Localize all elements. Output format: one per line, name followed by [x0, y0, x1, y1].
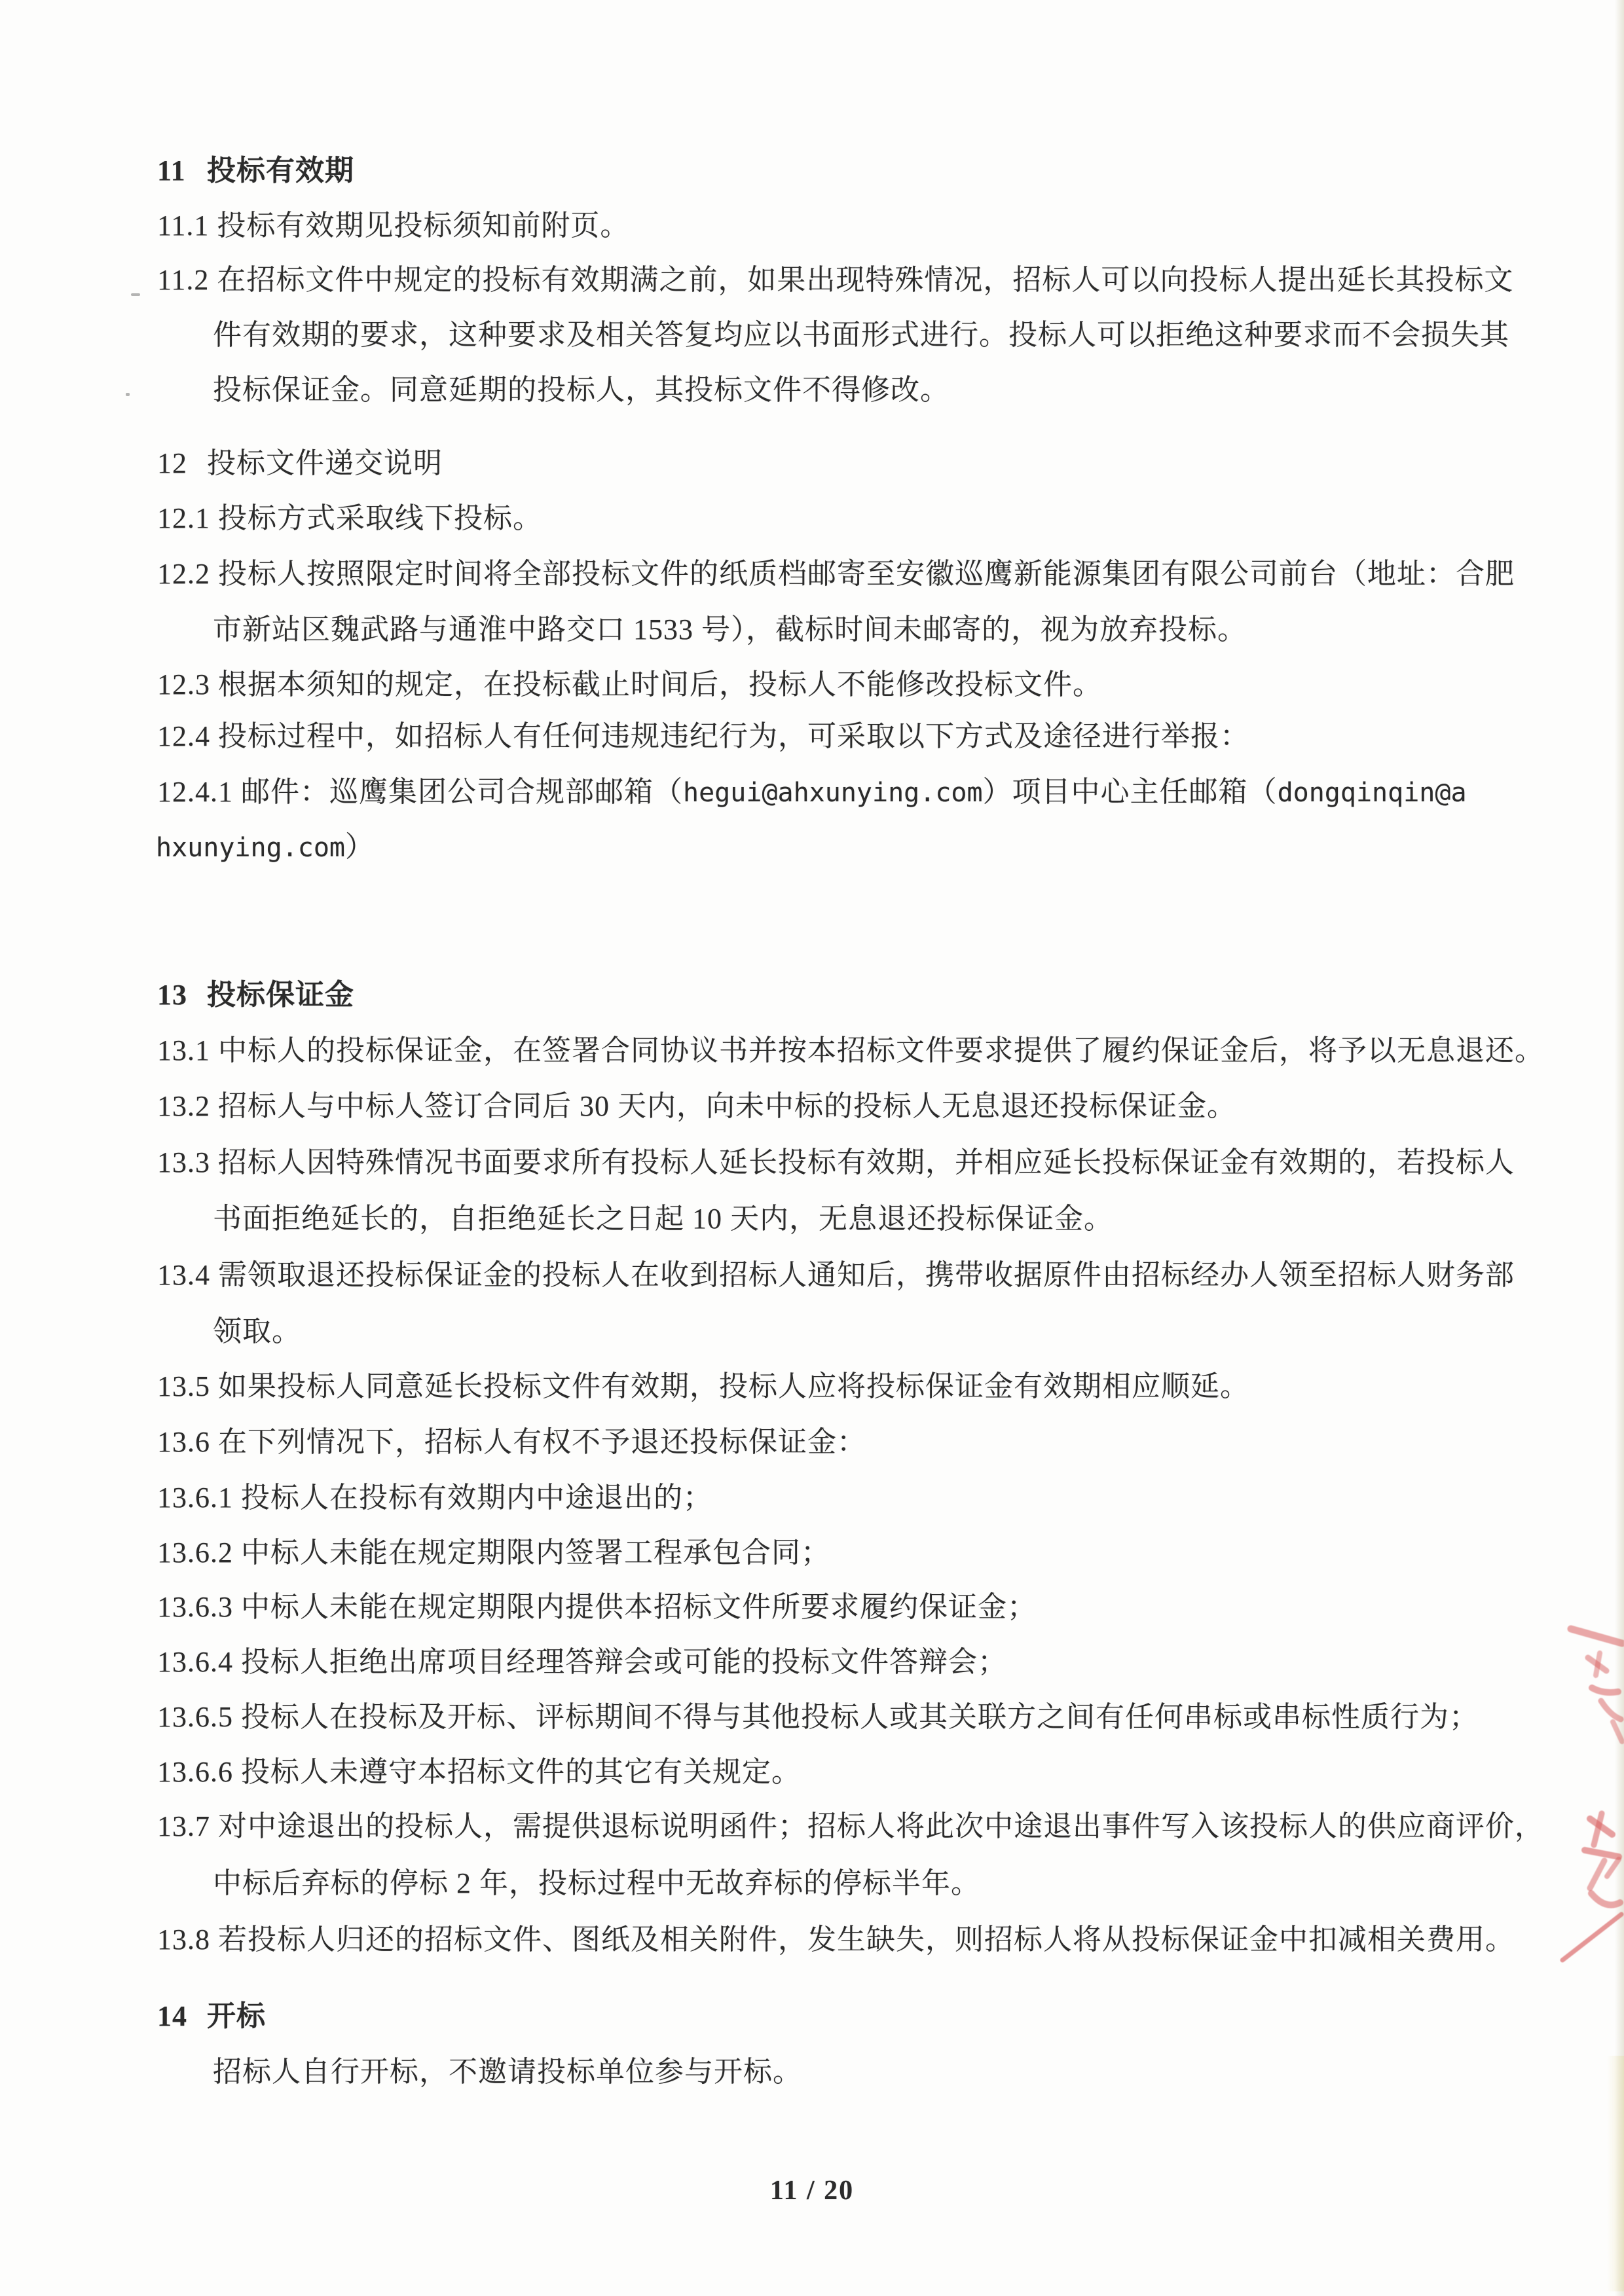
clause-11-2-cont-2: 投标保证金。同意延期的投标人，其投标文件不得修改。	[0, 364, 1539, 416]
scanned-document-page: 11投标有效期 11.1投标有效期见投标须知前附页。 11.2在招标文件中规定的…	[0, 0, 1624, 2296]
clause-12-2-cont: 市新站区魏武路与通淮中路交口 1533 号），截标时间未邮寄的，视为放弃投标。	[0, 604, 1539, 656]
heading-text: 投标有效期	[207, 155, 354, 187]
clause-number: 13.2	[157, 1080, 210, 1133]
clause-13-3-cont: 书面拒绝延长的，自拒绝延长之日起 10 天内，无息退还投标保证金。	[0, 1193, 1539, 1245]
clause-number: 12.4.1	[157, 766, 233, 818]
red-seal-fragment	[1559, 1808, 1624, 1972]
clause-text: 如果投标人同意延长投标文件有效期，投标人应将投标保证金有效期相应顺延。	[218, 1370, 1249, 1402]
clause-number: 13.6.6	[157, 1746, 233, 1798]
clause-13-4: 13.4需领取退还投标保证金的投标人在收到招标人通知后，携带收据原件由招标经办人…	[0, 1249, 1539, 1302]
clause-text: 邮件：巡鹰集团公司合规部邮箱（	[241, 776, 683, 808]
clause-12-3: 12.3根据本须知的规定，在投标截止时间后，投标人不能修改投标文件。	[0, 659, 1539, 711]
heading-text: 投标文件递交说明	[207, 447, 443, 479]
clause-number: 12.3	[157, 659, 210, 711]
clause-11-2-cont-1: 件有效期的要求，这种要求及相关答复均应以书面形式进行。投标人可以拒绝这种要求而不…	[0, 309, 1539, 361]
clause-number: 13.5	[157, 1360, 210, 1413]
clause-13-6-2: 13.6.2中标人未能在规定期限内签署工程承包合同；	[0, 1527, 1539, 1579]
clause-11-1: 11.1投标有效期见投标须知前附页。	[0, 200, 1539, 252]
heading-text: 投标保证金	[207, 979, 354, 1011]
scan-speck	[126, 393, 130, 396]
clause-text: 招标人自行开标，不邀请投标单位参与开标。	[213, 2056, 802, 2088]
email-address: hegui@ahxunying.com	[683, 778, 983, 808]
clause-number: 11	[157, 145, 199, 197]
clause-text: 投标方式采取线下投标。	[218, 502, 542, 534]
clause-text: 投标人在投标及开标、评标期间不得与其他投标人或其关联方之间有任何串标或串标性质行…	[241, 1701, 1479, 1733]
clause-number: 13.8	[157, 1914, 210, 1966]
clause-13-7-cont: 中标后弃标的停标 2 年，投标过程中无故弃标的停标半年。	[0, 1857, 1539, 1910]
clause-number: 13.6.5	[157, 1691, 233, 1743]
clause-text: 书面拒绝延长的，自拒绝延长之日起 10 天内，无息退还投标保证金。	[213, 1203, 1113, 1235]
clause-number: 13.4	[157, 1249, 210, 1302]
heading-11: 11投标有效期	[0, 145, 1539, 197]
clause-12-4: 12.4投标过程中，如招标人有任何违规违纪行为，可采取以下方式及途径进行举报：	[0, 710, 1539, 763]
clause-text: 招标人与中标人签订合同后 30 天内，向未中标的投标人无息退还投标保证金。	[218, 1090, 1236, 1122]
clause-number: 11.1	[157, 200, 209, 252]
clause-text: 对中途退出的投标人，需提供退标说明函件；招标人将此次中途退出事件写入该投标人的供…	[218, 1810, 1544, 1842]
clause-number: 13.6.3	[157, 1581, 233, 1633]
clause-13-8: 13.8若投标人归还的招标文件、图纸及相关附件，发生缺失，则招标人将从投标保证金…	[0, 1914, 1539, 1966]
clause-number: 13.1	[157, 1025, 210, 1077]
clause-text: ）	[345, 831, 375, 863]
page-number: 11 / 20	[0, 2175, 1624, 2206]
clause-text: 招标人因特殊情况书面要求所有投标人延长投标有效期，并相应延长投标保证金有效期的，…	[218, 1146, 1515, 1178]
clause-text: 市新站区魏武路与通淮中路交口 1533 号），截标时间未邮寄的，视为放弃投标。	[213, 613, 1247, 646]
clause-number: 11.2	[157, 254, 209, 306]
clause-text: 中标人未能在规定期限内签署工程承包合同；	[241, 1537, 830, 1569]
clause-13-2: 13.2招标人与中标人签订合同后 30 天内，向未中标的投标人无息退还投标保证金…	[0, 1080, 1539, 1133]
clause-text: 根据本须知的规定，在投标截止时间后，投标人不能修改投标文件。	[218, 668, 1102, 701]
clause-number: 13.7	[157, 1800, 210, 1853]
clause-number: 12.1	[157, 492, 210, 545]
red-seal-fragment	[1562, 1617, 1624, 1755]
clause-number: 14	[157, 1990, 199, 2043]
clause-13-6-6: 13.6.6投标人未遵守本招标文件的其它有关规定。	[0, 1746, 1539, 1798]
clause-12-4-1-cont: hxunying.com）	[0, 821, 1539, 873]
clause-13-6-4: 13.6.4投标人拒绝出席项目经理答辩会或可能的投标文件答辩会；	[0, 1636, 1539, 1688]
clause-number: 12.4	[157, 710, 210, 763]
clause-text: 件有效期的要求，这种要求及相关答复均应以书面形式进行。投标人可以拒绝这种要求而不…	[213, 319, 1509, 351]
scan-speck	[131, 293, 140, 296]
clause-text: 领取。	[213, 1315, 301, 1347]
clause-text: 投标人拒绝出席项目经理答辩会或可能的投标文件答辩会；	[241, 1646, 1007, 1678]
clause-13-6: 13.6在下列情况下，招标人有权不予退还投标保证金：	[0, 1416, 1539, 1468]
clause-number: 13.6.1	[157, 1472, 233, 1524]
clause-12-1: 12.1投标方式采取线下投标。	[0, 492, 1539, 545]
clause-13-6-1: 13.6.1投标人在投标有效期内中途退出的；	[0, 1472, 1539, 1524]
email-address: hxunying.com	[156, 833, 345, 863]
clause-13-3: 13.3招标人因特殊情况书面要求所有投标人延长投标有效期，并相应延长投标保证金有…	[0, 1137, 1539, 1189]
clause-text: 投标人在投标有效期内中途退出的；	[241, 1482, 712, 1514]
clause-13-1: 13.1中标人的投标保证金，在签署合同协议书并按本招标文件要求提供了履约保证金后…	[0, 1025, 1539, 1077]
clause-number: 13.6.2	[157, 1527, 233, 1579]
clause-number: 12	[157, 437, 199, 490]
email-address: dongqinqin@a	[1278, 778, 1467, 808]
clause-12-2: 12.2投标人按照限定时间将全部投标文件的纸质档邮寄至安徽巡鹰新能源集团有限公司…	[0, 548, 1539, 600]
heading-12: 12投标文件递交说明	[0, 437, 1539, 490]
clause-13-4-cont: 领取。	[0, 1305, 1539, 1358]
clause-11-2: 11.2在招标文件中规定的投标有效期满之前，如果出现特殊情况，招标人可以向投标人…	[0, 254, 1539, 306]
heading-14: 14开标	[0, 1990, 1539, 2043]
clause-text: 需领取退还投标保证金的投标人在收到招标人通知后，携带收据原件由招标经办人领至招标…	[218, 1259, 1515, 1291]
clause-13-5: 13.5如果投标人同意延长投标文件有效期，投标人应将投标保证金有效期相应顺延。	[0, 1360, 1539, 1413]
clause-number: 12.2	[157, 548, 210, 600]
clause-13-7: 13.7对中途退出的投标人，需提供退标说明函件；招标人将此次中途退出事件写入该投…	[0, 1800, 1539, 1853]
clause-13-6-3: 13.6.3中标人未能在规定期限内提供本招标文件所要求履约保证金；	[0, 1581, 1539, 1633]
clause-13-6-5: 13.6.5投标人在投标及开标、评标期间不得与其他投标人或其关联方之间有任何串标…	[0, 1691, 1539, 1743]
heading-text: 开标	[207, 2000, 266, 2032]
clause-text: 投标过程中，如招标人有任何违规违纪行为，可采取以下方式及途径进行举报：	[218, 720, 1249, 752]
clause-text: ）项目中心主任邮箱（	[983, 776, 1278, 808]
clause-text: 中标后弃标的停标 2 年，投标过程中无故弃标的停标半年。	[213, 1867, 980, 1899]
clause-text: 若投标人归还的招标文件、图纸及相关附件，发生缺失，则招标人将从投标保证金中扣减相…	[218, 1923, 1515, 1956]
heading-13: 13投标保证金	[0, 969, 1539, 1021]
clause-number: 13.6.4	[157, 1636, 233, 1688]
clause-text: 在下列情况下，招标人有权不予退还投标保证金：	[218, 1426, 866, 1458]
clause-number: 13.6	[157, 1416, 210, 1468]
clause-text: 投标有效期见投标须知前附页。	[217, 210, 629, 242]
clause-12-4-1: 12.4.1邮件：巡鹰集团公司合规部邮箱（hegui@ahxunying.com…	[0, 766, 1539, 818]
clause-text: 投标人按照限定时间将全部投标文件的纸质档邮寄至安徽巡鹰新能源集团有限公司前台（地…	[218, 558, 1515, 590]
clause-text: 投标保证金。同意延期的投标人，其投标文件不得修改。	[213, 374, 950, 406]
clause-number: 13	[157, 969, 199, 1021]
clause-number: 13.3	[157, 1137, 210, 1189]
clause-text: 投标人未遵守本招标文件的其它有关规定。	[241, 1756, 801, 1788]
clause-text: 在招标文件中规定的投标有效期满之前，如果出现特殊情况，招标人可以向投标人提出延长…	[217, 264, 1513, 296]
clause-text: 中标人的投标保证金，在签署合同协议书并按本招标文件要求提供了履约保证金后，将予以…	[218, 1034, 1544, 1066]
clause-14-body: 招标人自行开标，不邀请投标单位参与开标。	[0, 2046, 1539, 2098]
page-edge-smudge	[1607, 2056, 1624, 2291]
clause-text: 中标人未能在规定期限内提供本招标文件所要求履约保证金；	[241, 1591, 1037, 1623]
